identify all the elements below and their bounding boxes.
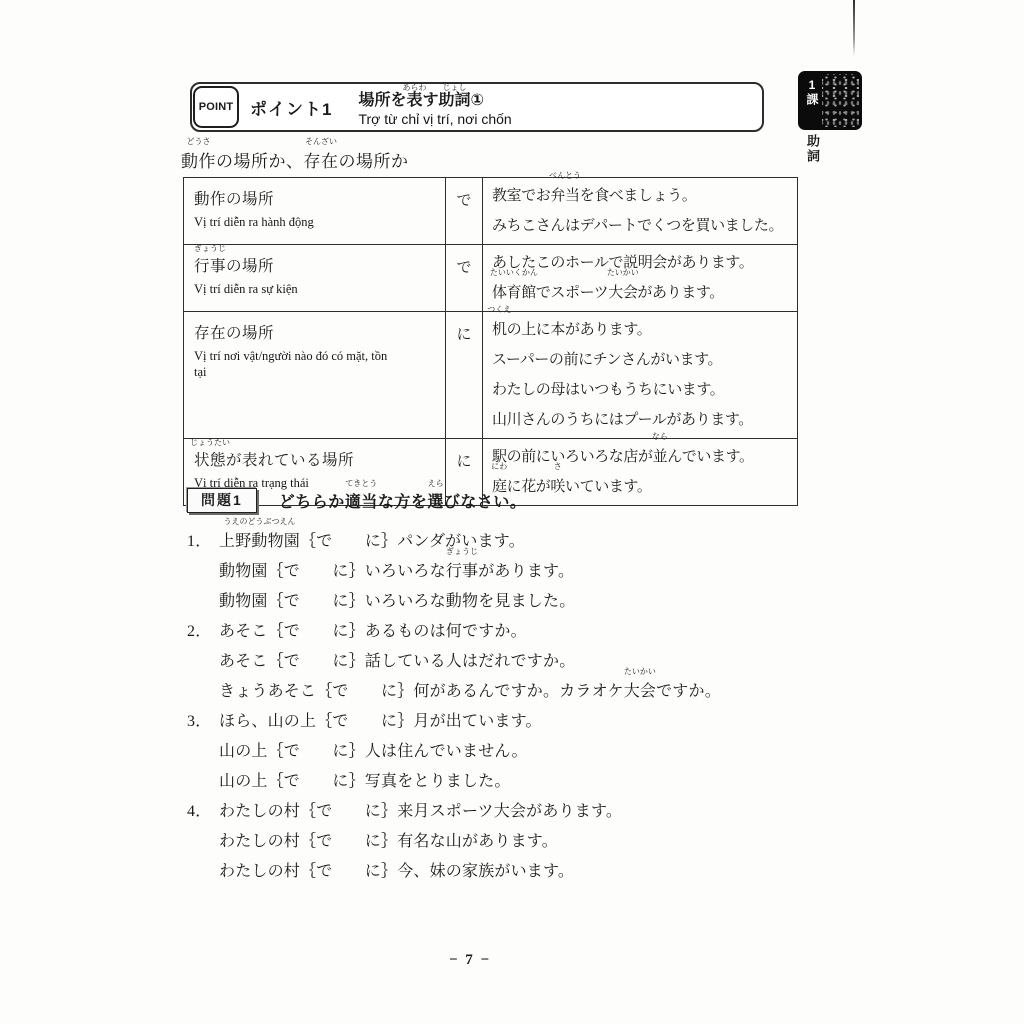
usage-label: 存在の場所: [194, 321, 435, 343]
table-row: 存在の場所 Vị trí nơi vật/người nào đó có mặt…: [184, 312, 798, 439]
problem-number: 1．: [187, 527, 219, 557]
point-title: 場所を表あらわす助詞じょし①: [358, 93, 511, 109]
example-sentence: 庭にわに花が咲さいています。: [492, 472, 789, 502]
usage-label-cell: 存在の場所 Vị trí nơi vật/người nào đó có mặt…: [184, 312, 446, 439]
problem-line: 山の上｛で に｝写真をとりました。: [187, 767, 721, 797]
problem-line: わたしの村｛で に｝有名な山があります。: [187, 827, 721, 857]
problem-text: わたしの村｛で に｝来月スポーツ大会があります。: [219, 803, 622, 820]
usage-label-cell: 行事ぎょうじの場所 Vị trí diễn ra sự kiện: [184, 245, 446, 312]
exercise-instruction: どちらか適当てきとうな方を選えらびなさい。: [279, 489, 527, 512]
problem-text: 動物園｛で に｝いろいろな動物を見ました。: [219, 593, 575, 610]
exercise-badge: 問題1: [187, 488, 257, 513]
table-row: 行事ぎょうじの場所 Vị trí diễn ra sự kiện で あしたこの…: [184, 245, 798, 312]
examples-cell: あしたこのホールで説明会があります。 体育館たいいくかんでスポーツ大会たいかいが…: [483, 245, 798, 312]
lesson-side-tab: 1課: [798, 71, 862, 130]
point-subtitle-vietnamese: Trợ từ chỉ vị trí, nơi chốn: [358, 111, 511, 128]
page-number: − 7 −: [180, 952, 760, 969]
usage-label-vietnamese: Vị trí diễn ra hành động: [194, 214, 390, 230]
problem-number: 4．: [187, 797, 219, 827]
problem-text: わたしの村｛で に｝有名な山があります。: [219, 833, 558, 850]
problem-text: 上野動物園うえのどうぶつえん｛で に｝パンダがいます。: [219, 533, 525, 550]
problem-text: わたしの村｛で に｝今、妹の家族がいます。: [219, 863, 574, 880]
example-sentence: 山川さんのうちにはプールがあります。: [492, 405, 789, 435]
problem-line: 山の上｛で に｝人は住んでいません。: [187, 737, 721, 767]
point-number-label: ポイント1: [250, 95, 332, 120]
example-sentence: みちこさんはデパートでくつを買いました。: [492, 211, 789, 241]
problem-number: 2．: [187, 617, 219, 647]
exercise-header: 問題1 どちらか適当てきとうな方を選えらびなさい。: [187, 488, 526, 513]
tab-texture: [822, 74, 859, 127]
problem-number: 3．: [187, 707, 219, 737]
problem-line: 動物園｛で に｝いろいろな動物を見ました。: [187, 587, 721, 617]
usage-label-vietnamese: Vị trí diễn ra sự kiện: [194, 281, 390, 297]
table-row: 動作の場所 Vị trí diễn ra hành động で 教室でお弁当べ…: [184, 178, 798, 245]
problem-line: 3．ほら、山の上｛で に｝月が出ています。: [187, 707, 721, 737]
particle-cell: に: [446, 312, 483, 439]
exercise-problems: 1．上野動物園うえのどうぶつえん｛で に｝パンダがいます。 動物園｛で に｝いろ…: [187, 527, 721, 887]
point-header-box: POINT ポイント1 場所を表あらわす助詞じょし① Trợ từ chỉ vị…: [190, 82, 764, 132]
usage-label-cell: 動作の場所 Vị trí diễn ra hành động: [184, 178, 446, 245]
usage-label: 行事ぎょうじの場所: [194, 254, 435, 276]
problem-text: きょうあそこ｛で に｝何があるんですか。カラオケ大会たいかいですか。: [219, 683, 721, 700]
problem-line: きょうあそこ｛で に｝何があるんですか。カラオケ大会たいかいですか。: [187, 677, 721, 707]
problem-line: 動物園｛で に｝いろいろな行事ぎょうじがあります。: [187, 557, 721, 587]
example-sentence: 教室でお弁当べんとうを食べましょう。: [492, 181, 789, 211]
problem-line: 4．わたしの村｛で に｝来月スポーツ大会があります。: [187, 797, 721, 827]
usage-label: 状態じょうたいが表れている場所: [194, 448, 435, 470]
examples-cell: 駅の前にいろいろな店が並ならんでいます。 庭にわに花が咲さいています。: [483, 439, 798, 506]
examples-cell: 教室でお弁当べんとうを食べましょう。 みちこさんはデパートでくつを買いました。: [483, 178, 798, 245]
section-heading: 動作どうさの場所か、存在そんざいの場所か: [181, 147, 409, 172]
usage-label-vietnamese: Vị trí nơi vật/người nào đó có mặt, tồn …: [194, 348, 390, 381]
problem-line: わたしの村｛で に｝今、妹の家族がいます。: [187, 857, 721, 887]
point-badge: POINT: [193, 86, 239, 128]
problem-text: 山の上｛で に｝写真をとりました。: [219, 773, 511, 790]
example-sentence: 駅の前にいろいろな店が並ならんでいます。: [492, 442, 789, 472]
examples-cell: 机つくえの上に本があります。 スーパーの前にチンさんがいます。 わたしの母はいつ…: [483, 312, 798, 439]
usage-label: 動作の場所: [194, 187, 435, 209]
point-title-wrap: 場所を表あらわす助詞じょし① Trợ từ chỉ vị trí, nơi ch…: [358, 87, 511, 128]
problem-text: 山の上｛で に｝人は住んでいません。: [219, 743, 528, 760]
example-sentence: スーパーの前にチンさんがいます。: [492, 345, 789, 375]
example-sentence: 体育館たいいくかんでスポーツ大会たいかいがあります。: [492, 278, 789, 308]
scan-edge-line: [853, 0, 855, 56]
problem-text: 動物園｛で に｝いろいろな行事ぎょうじがあります。: [219, 563, 574, 580]
particle-cell: で: [446, 178, 483, 245]
problem-line: 2．あそこ｛で に｝あるものは何ですか。: [187, 617, 721, 647]
example-sentence: わたしの母はいつもうちにいます。: [492, 375, 789, 405]
lesson-number-label: 1課: [805, 78, 819, 106]
lesson-category-label: 助詞: [803, 134, 822, 164]
problem-text: あそこ｛で に｝あるものは何ですか。: [219, 623, 527, 640]
particle-cell: で: [446, 245, 483, 312]
problem-text: あそこ｛で に｝話している人はだれですか。: [219, 653, 575, 670]
example-sentence: 机つくえの上に本があります。: [492, 315, 789, 345]
problem-text: ほら、山の上｛で に｝月が出ています。: [219, 713, 542, 730]
grammar-table: 動作の場所 Vị trí diễn ra hành động で 教室でお弁当べ…: [183, 177, 798, 506]
